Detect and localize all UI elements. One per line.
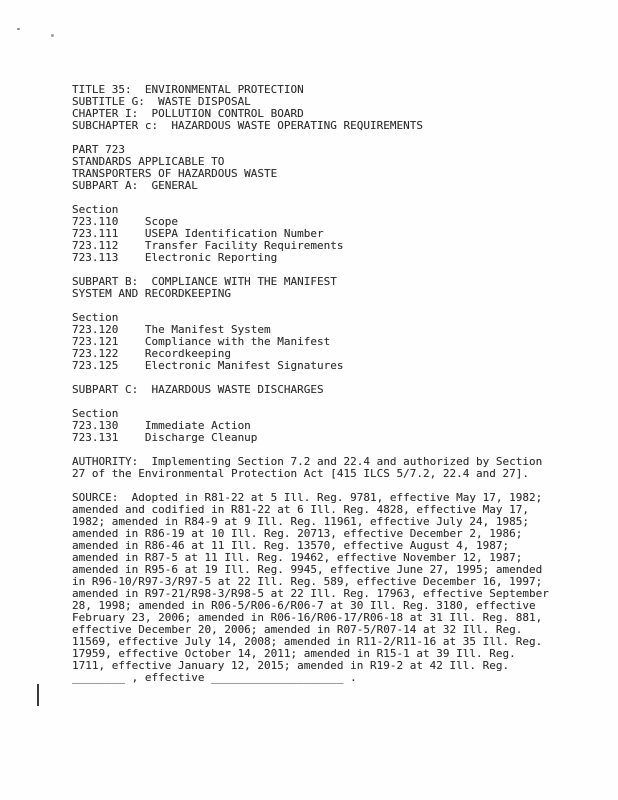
subpart-heading-line: SUBPART A: GENERAL bbox=[72, 180, 598, 192]
section-entry: 723.113 Electronic Reporting bbox=[72, 252, 598, 264]
subpart-sections: SUBPART A: GENERALSection723.110 Scope72… bbox=[72, 180, 598, 444]
scan-speckle-icon bbox=[17, 28, 20, 30]
subpart-a-section-list: Section723.110 Scope723.111 USEPA Identi… bbox=[72, 204, 598, 264]
subpart-b-heading: SUBPART B: COMPLIANCE WITH THE MANIFESTS… bbox=[72, 276, 598, 300]
text-line: 27 of the Environmental Protection Act [… bbox=[72, 468, 598, 480]
part-heading: PART 723STANDARDS APPLICABLE TOTRANSPORT… bbox=[72, 144, 598, 180]
subpart-a-heading: SUBPART A: GENERAL bbox=[72, 180, 598, 192]
section-entry: 723.125 Electronic Manifest Signatures bbox=[72, 360, 598, 372]
text-line: SUBCHAPTER c: HAZARDOUS WASTE OPERATING … bbox=[72, 120, 598, 132]
subpart-b-section-list: Section723.120 The Manifest System723.12… bbox=[72, 312, 598, 372]
subpart-heading-line: SYSTEM AND RECORDKEEPING bbox=[72, 288, 598, 300]
authority-paragraph: AUTHORITY: Implementing Section 7.2 and … bbox=[72, 456, 598, 480]
document-body: TITLE 35: ENVIRONMENTAL PROTECTIONSUBTIT… bbox=[72, 84, 598, 684]
subpart-c-heading: SUBPART C: HAZARDOUS WASTE DISCHARGES bbox=[72, 384, 598, 396]
scan-speckle-icon bbox=[51, 34, 54, 37]
scanned-document-page: TITLE 35: ENVIRONMENTAL PROTECTIONSUBTIT… bbox=[0, 0, 618, 800]
subpart-heading-line: SUBPART C: HAZARDOUS WASTE DISCHARGES bbox=[72, 384, 598, 396]
text-line: ________ , effective ___________________… bbox=[72, 672, 598, 684]
source-paragraph: SOURCE: Adopted in R81-22 at 5 Ill. Reg.… bbox=[72, 492, 598, 684]
section-entry: 723.131 Discharge Cleanup bbox=[72, 432, 598, 444]
subpart-c-section-list: Section723.130 Immediate Action723.131 D… bbox=[72, 408, 598, 444]
title-block: TITLE 35: ENVIRONMENTAL PROTECTIONSUBTIT… bbox=[72, 84, 598, 132]
margin-revision-bar bbox=[37, 684, 39, 706]
